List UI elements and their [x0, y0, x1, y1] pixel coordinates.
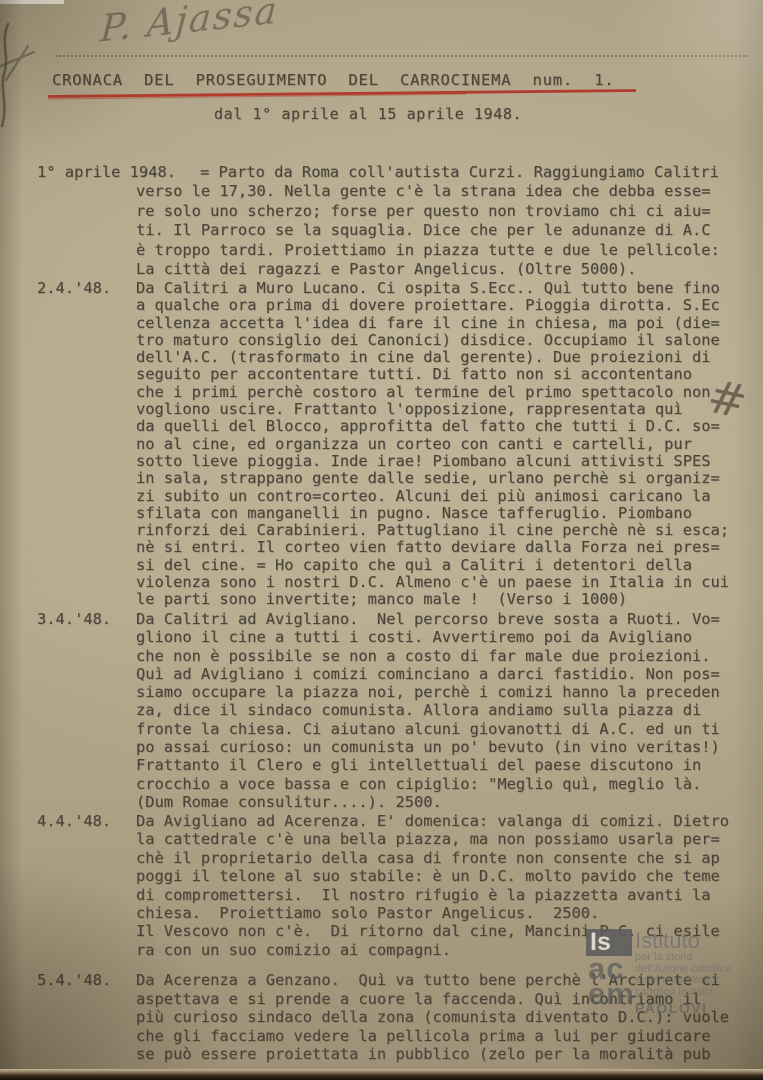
- entry-line: verso le 17,30. Nella gente c'è la stran…: [136, 182, 743, 201]
- entry-line: poggi il telone al suo stabile: è un D.C…: [136, 867, 743, 885]
- entry-line: che non è possibile se non a costo di fa…: [136, 647, 743, 665]
- entry-line: ra con un suo comizio ai compagni.: [136, 941, 743, 959]
- entry-line: dell'A.C. (trasformato in cine dal geren…: [136, 349, 743, 366]
- entry-line: chiesa. Proiettiamo solo Pastor Angelicu…: [136, 904, 743, 922]
- entry-line: Da Acerenza a Genzano. Quì va tutto bene…: [136, 971, 743, 990]
- entry-line: si del cine. = Ho capito che quì a Calit…: [136, 557, 743, 574]
- entry-line: fronte la chiesa. Ci aiutano alcuni giov…: [136, 720, 743, 738]
- entry-date: 2.4.'48.: [37, 280, 111, 297]
- entry-line: re solo uno scherzo; forse per questo no…: [136, 202, 743, 221]
- entry-line: seguito per accontentare tutti. Di fatto…: [136, 366, 743, 383]
- entry-line: violenza sono i nostri D.C. Almeno c'è u…: [136, 574, 743, 591]
- entry-line: nè si entri. Il corteo vien fatto deviar…: [136, 539, 743, 556]
- entry-line: = Parto da Roma coll'autista Curzi. Ragg…: [200, 163, 743, 182]
- entry-line: cellenza accetta l'idea di fare il cine …: [136, 315, 743, 332]
- entry-line: a qualche ora prima di dovere proiettare…: [136, 297, 743, 314]
- entry-text: Da Acerenza a Genzano. Quì va tutto bene…: [136, 971, 743, 1064]
- entry-line: Da Avigliano ad Acerenza. E' domenica: v…: [136, 812, 743, 830]
- entry-line: le parti sono invertite; manco male ! (V…: [136, 591, 743, 608]
- entry-line: (Dum Romae consulitur....). 2500.: [136, 793, 743, 811]
- entry-line: chè il proprietario della casa di fronte…: [136, 849, 743, 867]
- entry-line: che i primi perchè costoro al termine de…: [136, 384, 743, 401]
- photo-edge-sliver: [0, 0, 64, 4]
- entry-text: Da Calitri ad Avigliano. Nel percorso br…: [136, 610, 743, 811]
- diary-entry: 5.4.'48. Da Acerenza a Genzano. Quì va t…: [37, 971, 743, 1064]
- entry-line: aspettava e si prende a cuore la faccend…: [136, 990, 743, 1009]
- entry-line: in sala, strappano gente dalle sedie, ur…: [136, 470, 743, 487]
- entry-line: crocchio a voce bassa e con cipiglio: "M…: [136, 775, 743, 793]
- entry-line: se può essere proiettata in pubblico (ze…: [136, 1045, 743, 1064]
- entry-date: 1° aprile 1948.: [37, 163, 176, 182]
- photo-bottom-edge: [0, 1069, 763, 1080]
- diary-entry: 3.4.'48. Da Calitri ad Avigliano. Nel pe…: [37, 610, 743, 811]
- entry-line: più curioso sindaco della zona (comunist…: [136, 1008, 743, 1027]
- entry-line: Da Calitri ad Avigliano. Nel percorso br…: [136, 610, 743, 628]
- diary-entry: 1° aprile 1948. = Parto da Roma coll'aut…: [37, 163, 743, 279]
- entry-line: Il Vescovo non c'è. Di ritorno dal cine,…: [136, 922, 743, 940]
- entry-line: sfilata con manganelli in pugno. Nasce t…: [136, 505, 743, 522]
- entry-line: da quelli del Blocco, approfitta del fat…: [136, 418, 743, 435]
- pencil-corner-mark-icon: [0, 22, 64, 136]
- entry-line: la cattedrale c'è una bella piazza, ma n…: [136, 830, 743, 848]
- entry-line: zi subito un contro=corteo. Alcuni dei p…: [136, 488, 743, 505]
- entry-line: gliono il cine a tutti i costi. Avvertir…: [136, 628, 743, 646]
- entry-text: Da Avigliano ad Acerenza. E' domenica: v…: [136, 812, 743, 959]
- entry-line: vogliono uscire. Frattanto l'opposizione…: [136, 401, 743, 418]
- entry-line: Da Calitri a Muro Lucano. Ci ospita S.Ec…: [136, 280, 743, 297]
- entry-line: no al cine, ed organizza un corteo con c…: [136, 436, 743, 453]
- entry-line: tro maturo consiglio dei Canonici) disdi…: [136, 332, 743, 349]
- entry-line: siamo occupare la piazza noi, perchè i c…: [136, 683, 743, 701]
- entry-date: 4.4.'48.: [37, 812, 111, 830]
- entry-text: = Parto da Roma coll'autista Curzi. Ragg…: [136, 163, 743, 279]
- diary-entry: 4.4.'48. Da Avigliano ad Acerenza. E' do…: [37, 812, 743, 959]
- diary-entry: 2.4.'48. Da Calitri a Muro Lucano. Ci os…: [37, 280, 743, 609]
- entry-date: 5.4.'48.: [37, 971, 111, 990]
- entry-line: za, dice il sindaco comunista. Allora an…: [136, 701, 743, 719]
- entry-line: Quì ad Avigliano i comizi cominciano a d…: [136, 665, 743, 683]
- entry-line: è troppo tardi. Proiettiamo in piazza tu…: [136, 241, 743, 260]
- entry-date: 3.4.'48.: [37, 610, 111, 628]
- entry-line: di compromettersi. Il nostro rifugio è l…: [136, 886, 743, 904]
- entry-line: ti. Il Parroco se la squaglia. Dice che …: [136, 221, 743, 240]
- entry-line: La città dei ragazzi e Pastor Angelicus.…: [136, 260, 743, 279]
- entry-line: po assai curioso: un comunista un po' be…: [136, 738, 743, 756]
- entries: 1° aprile 1948. = Parto da Roma coll'aut…: [0, 0, 763, 1080]
- entry-line: che gli facciamo vedere la pellicola pri…: [136, 1027, 743, 1046]
- entry-line: rinforzi dei Carabinieri. Pattugliano il…: [136, 522, 743, 539]
- entry-line: Frattanto il Clero e gli intellettuali d…: [136, 756, 743, 774]
- entry-line: sotto lieve pioggia. Inde irae! Piombano…: [136, 453, 743, 470]
- document-photo: P. Ajassa CRONACA DEL PROSEGUIMENTO DEL …: [0, 0, 763, 1080]
- entry-text: Da Calitri a Muro Lucano. Ci ospita S.Ec…: [136, 280, 743, 609]
